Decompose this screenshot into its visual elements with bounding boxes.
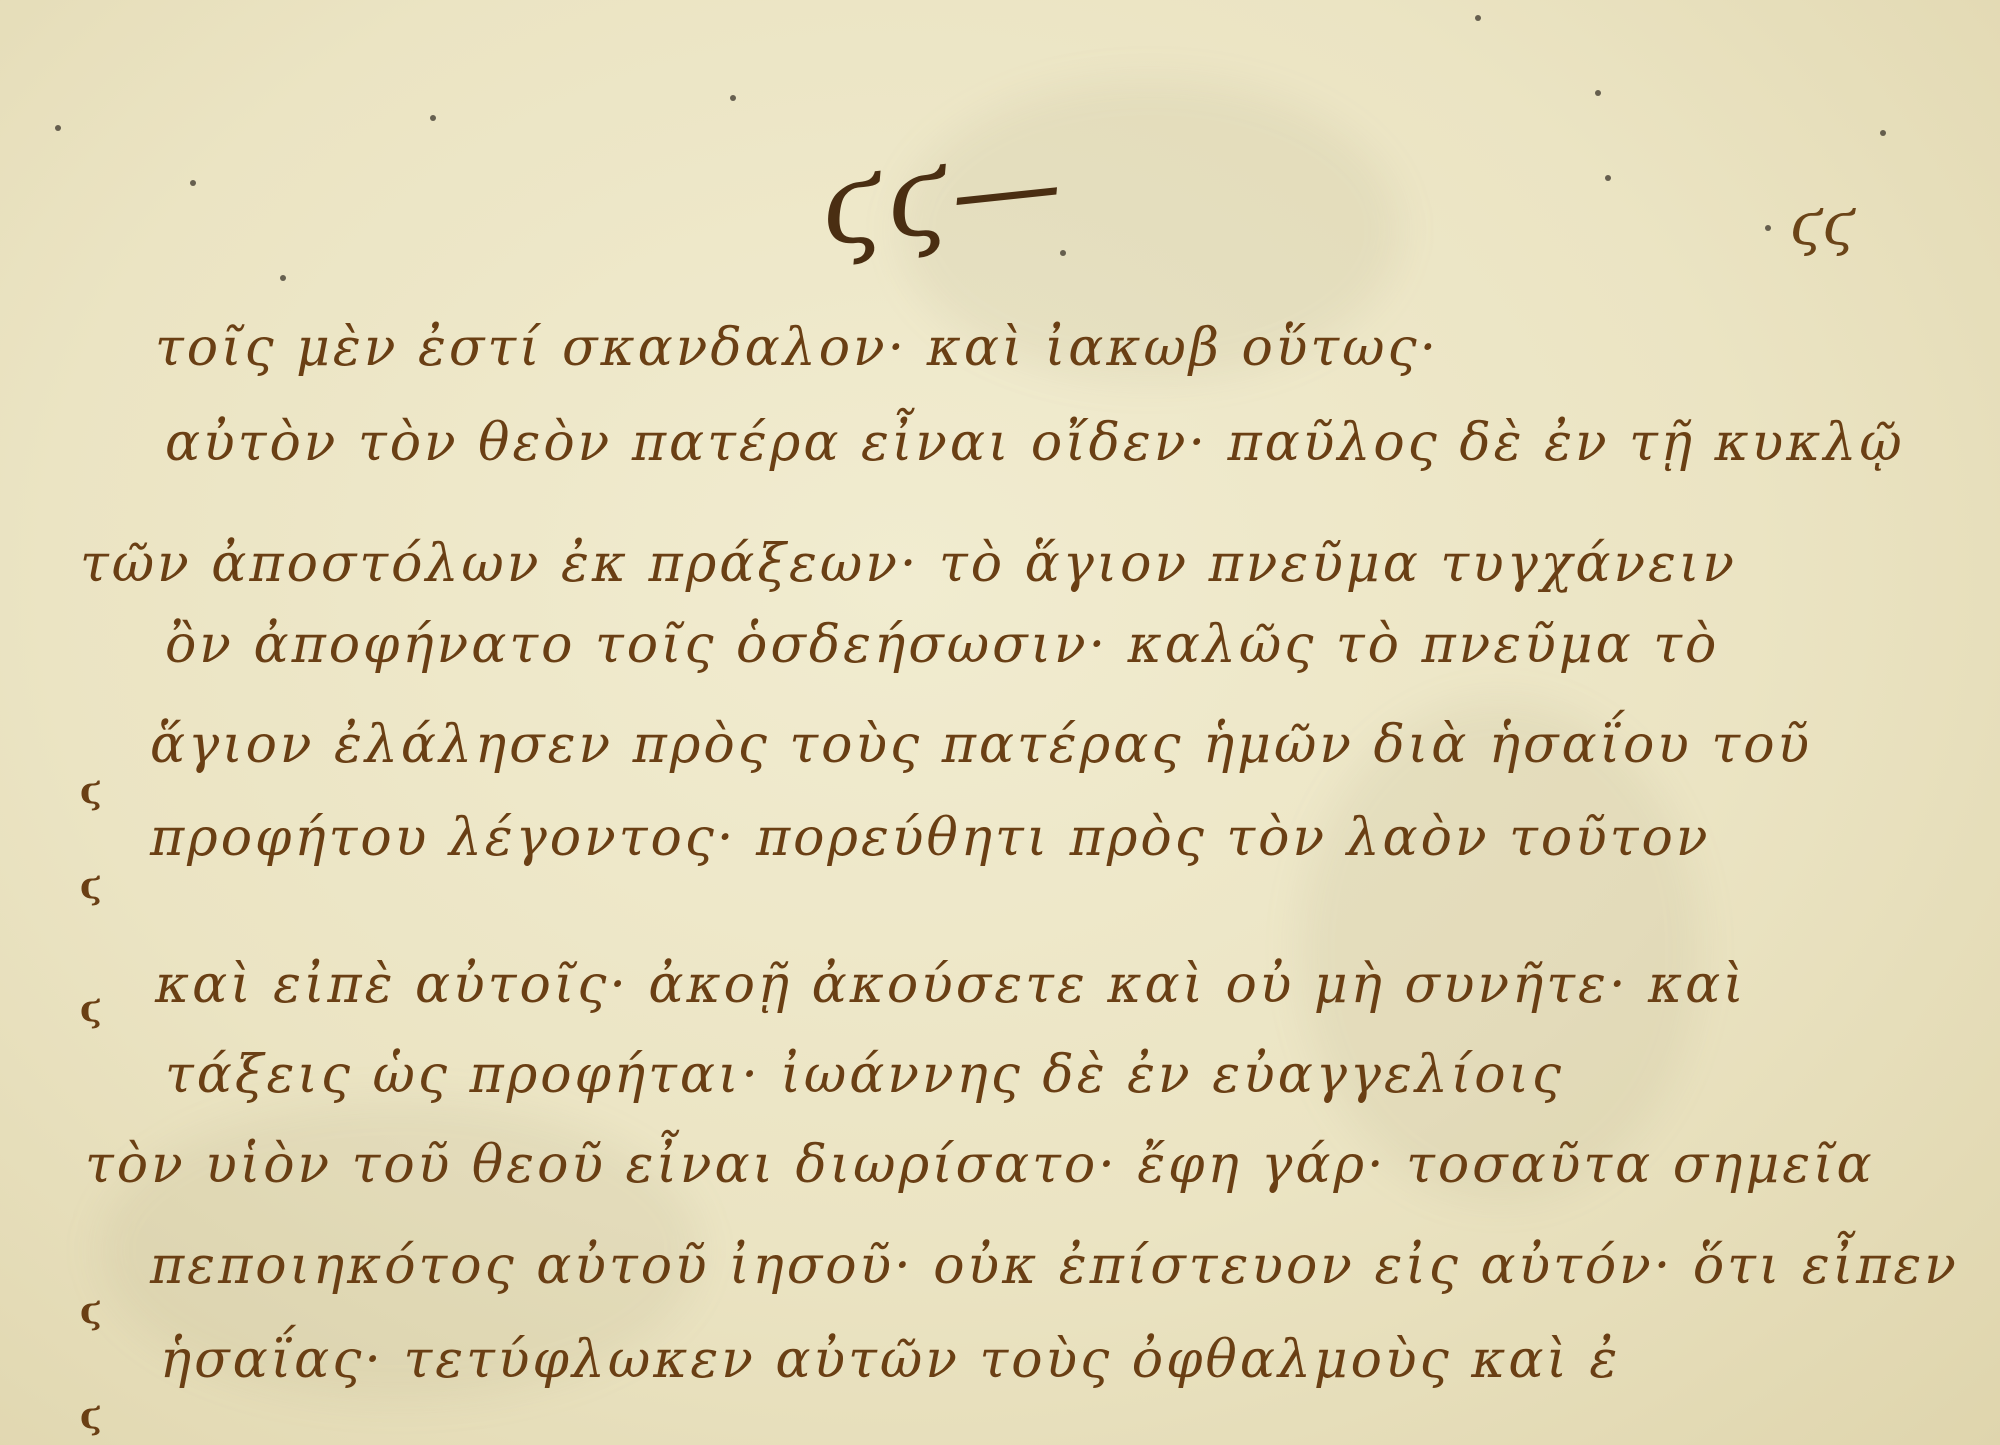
text-line: πεποιηκότος αὐτοῦ ἰησοῦ· οὐκ ἐπίστευον ε… (150, 1236, 1959, 1296)
text-line: ὂν ἀποφήνατο τοῖς ὁσδεήσωσιν· καλῶς τὸ π… (165, 615, 1719, 675)
stain (1300, 700, 1700, 1200)
speck (1605, 175, 1611, 181)
speck (730, 95, 736, 101)
speck (190, 180, 196, 186)
speck (1880, 130, 1886, 136)
text-line: τάξεις ὡς προφήται· ἰωάννης δὲ ἐν εὐαγγε… (165, 1045, 1564, 1105)
text-line: ἡσαΐας· τετύφλωκεν αὐτῶν τοὺς ὀφθαλμοὺς … (160, 1330, 1620, 1390)
speck (1060, 250, 1066, 256)
margin-mark: ϛ (80, 770, 102, 812)
margin-mark: ϛ (80, 988, 102, 1030)
speck (55, 125, 61, 131)
text-line: προφήτου λέγοντος· πορεύθητι πρὸς τὸν λα… (150, 808, 1710, 868)
text-line: αὐτὸν τὸν θεὸν πατέρα εἶναι οἴδεν· παῦλο… (165, 413, 1905, 473)
manuscript-page: ϛϛ— ϛϛ τοῖς μὲν ἐστί σκανδαλον· καὶ ἰακω… (0, 0, 2000, 1445)
margin-mark: ϛ (80, 865, 102, 907)
text-line: τῶν ἀποστόλων ἐκ πράξεων· τὸ ἅγιον πνεῦμ… (80, 534, 1737, 594)
folio-number: ϛϛ (1790, 190, 1855, 258)
text-line: ἅγιον ἐλάλησεν πρὸς τοὺς πατέρας ἡμῶν δι… (150, 715, 1812, 775)
page-heading: ϛϛ— (814, 118, 1071, 271)
speck (1475, 15, 1481, 21)
text-line: τοῖς μὲν ἐστί σκανδαλον· καὶ ἰακωβ οὕτως… (155, 318, 1439, 378)
text-line: καὶ εἰπὲ αὐτοῖς· ἀκοῇ ἀκούσετε καὶ οὐ μὴ… (155, 955, 1747, 1015)
margin-mark: ϛ (80, 1290, 102, 1332)
speck (1595, 90, 1601, 96)
speck (430, 115, 436, 121)
margin-mark: ϛ (80, 1395, 102, 1437)
text-line: τὸν υἱὸν τοῦ θεοῦ εἶναι διωρίσατο· ἔφη γ… (85, 1135, 1875, 1195)
speck (280, 275, 286, 281)
speck (1765, 225, 1771, 231)
